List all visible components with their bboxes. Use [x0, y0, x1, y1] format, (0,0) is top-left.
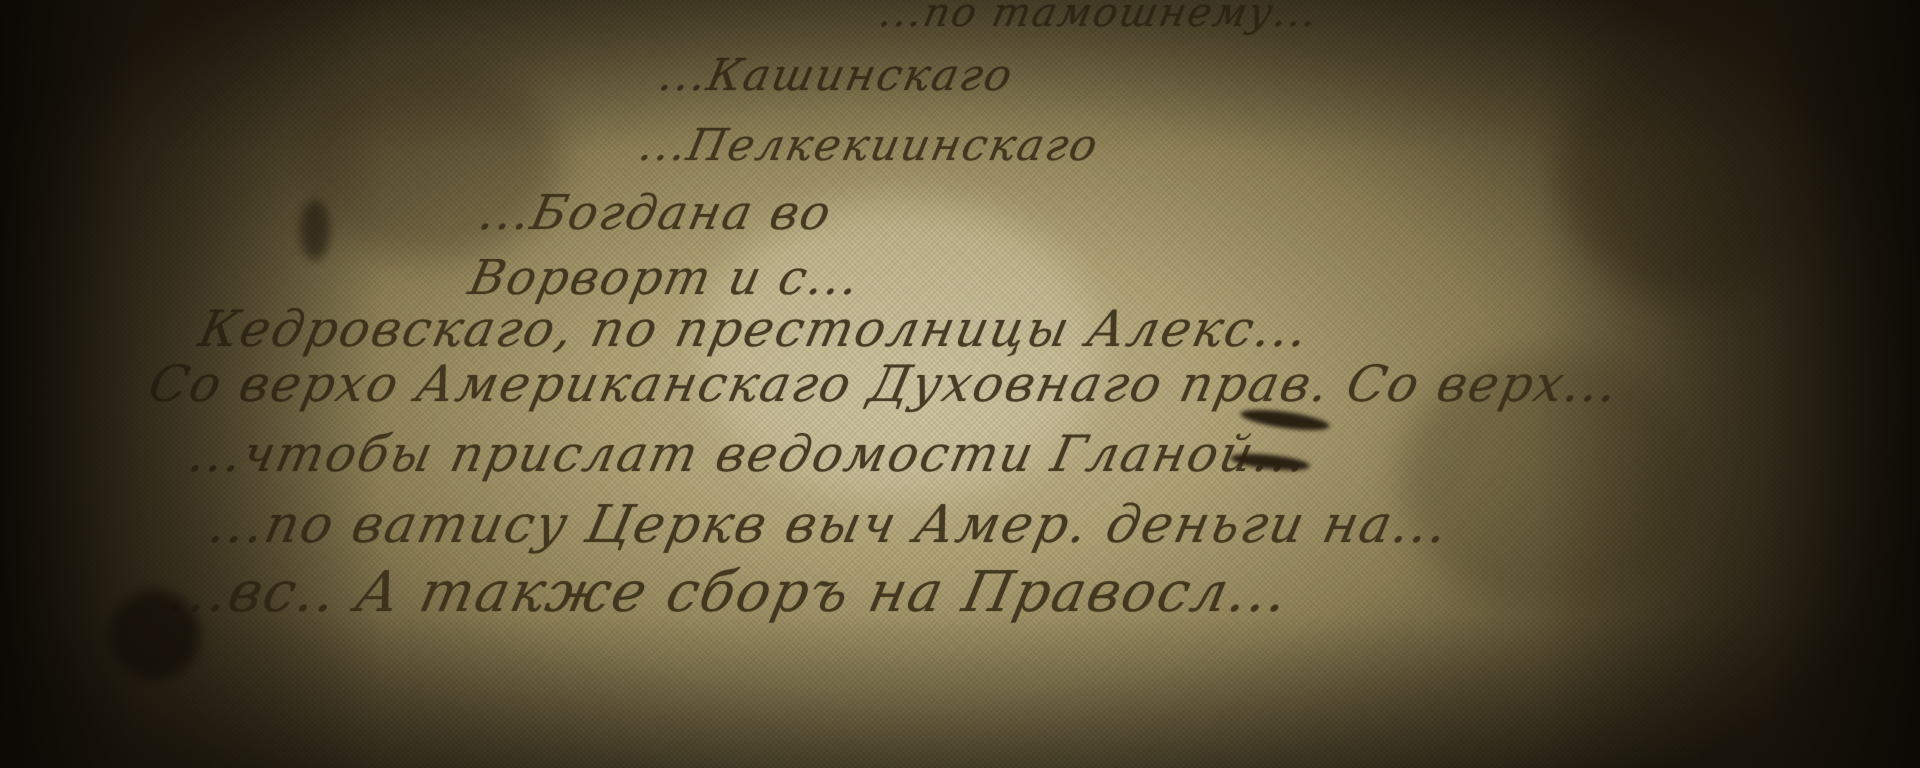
manuscript-page: ...по тамошнему... ...Кашинскаго ...Пелк…: [0, 0, 1920, 768]
vignette-overlay: [0, 0, 1920, 768]
